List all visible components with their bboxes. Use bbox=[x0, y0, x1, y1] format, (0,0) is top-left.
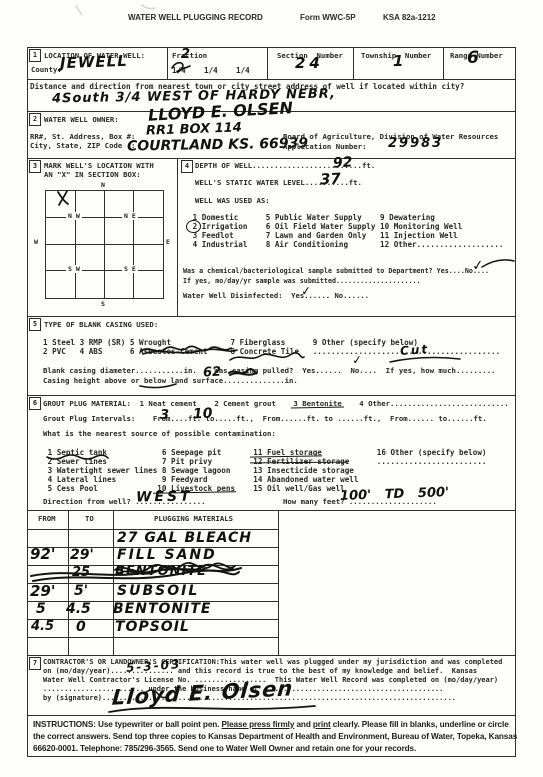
grout-intervals-line: Grout Plug Intervals: From....ft. to....… bbox=[43, 415, 487, 422]
application-number-handwriting: 29983 bbox=[388, 137, 443, 150]
form-border-right bbox=[515, 47, 516, 757]
contamination-row3: 3 Watertight sewer lines 8 Sewage lagoon… bbox=[43, 467, 354, 475]
table-row-to: 0 bbox=[76, 620, 86, 634]
table-row-to: 5' bbox=[74, 584, 88, 598]
cut-note-swoosh bbox=[388, 354, 463, 366]
rule-s34-bottom bbox=[27, 316, 516, 317]
grid-label-ne: N E bbox=[122, 212, 138, 220]
direction-handwriting: WEST bbox=[136, 490, 193, 505]
print-underlined: print bbox=[313, 720, 331, 729]
s1-divider-4 bbox=[443, 47, 444, 79]
used-as-row2: 2 Irrigation 6 Oil Field Water Supply 10… bbox=[188, 223, 462, 231]
grid-label-sw: S W bbox=[66, 265, 82, 273]
concrete-tile-squiggle bbox=[228, 350, 306, 364]
form-border-bottom bbox=[27, 756, 516, 757]
below-underline-mark bbox=[138, 380, 178, 390]
address-label: RR#, St. Address, Box #: bbox=[30, 133, 135, 140]
range-number-handwriting: 6 bbox=[467, 50, 479, 67]
contamination-row4: 4 Lateral lines 9 Feedyard 14 Abandoned … bbox=[43, 476, 358, 484]
asbestos-option-scribble bbox=[139, 342, 239, 358]
sample-check-tail bbox=[480, 254, 518, 270]
township-number-handwriting: 1 bbox=[393, 54, 403, 69]
section-6-number: 6 bbox=[29, 397, 41, 410]
interval-to-handwriting: 10 bbox=[193, 406, 213, 421]
section-2-number: 2 bbox=[29, 113, 41, 126]
section-4-number: 4 bbox=[181, 160, 193, 173]
table-row-from: 5 bbox=[36, 602, 46, 616]
grid-label-nw: N W bbox=[66, 212, 82, 220]
form-number: Form WWC-5P bbox=[300, 13, 356, 22]
completion-date-handwriting: 5-3-03 bbox=[126, 658, 182, 674]
rule-s6-bottom bbox=[27, 510, 516, 511]
used-as-row4: 4 Industrial 8 Air Conditioning 12 Other… bbox=[188, 241, 503, 249]
septic-tank-underline bbox=[45, 453, 111, 463]
s5-title: TYPE OF BLANK CASING USED: bbox=[44, 321, 158, 328]
static-level-handwriting: 37 bbox=[320, 171, 342, 187]
rule-s2-bottom bbox=[27, 158, 516, 159]
form-title: WATER WELL PLUGGING RECORD bbox=[128, 13, 263, 22]
grout-material-line: GROUT PLUG MATERIAL: 1 Neat cement 2 Cem… bbox=[43, 400, 509, 407]
sample-submitted-line: Was a chemical/bacteriological sample su… bbox=[183, 268, 489, 275]
section-3-number: 3 bbox=[29, 160, 41, 173]
table-header-to: TO bbox=[85, 515, 94, 522]
grid-label-w: W bbox=[32, 238, 40, 246]
grid-label-e: E bbox=[164, 238, 172, 246]
instructions-line1: INSTRUCTIONS: Use typewriter or ball poi… bbox=[33, 720, 509, 729]
certification-line1: CONTRACTOR'S OR LANDOWNER'S CERTIFICATIO… bbox=[43, 659, 502, 666]
s3-s4-divider bbox=[177, 158, 178, 316]
county-value-handwriting: JEWELL bbox=[60, 54, 128, 71]
statute-number: KSA 82a-1212 bbox=[383, 13, 436, 22]
table-row-material: TOPSOIL bbox=[115, 620, 190, 634]
casing-diameter-line: Blank casing diameter...........in. Was … bbox=[43, 367, 496, 374]
application-number-label: Application Number: bbox=[283, 143, 366, 150]
city-state-zip-label: City, State, ZIP Code : bbox=[30, 142, 135, 149]
table-row-material: BENTONITE bbox=[113, 602, 211, 616]
rule-s5-bottom bbox=[27, 395, 516, 396]
used-as-title: WELL WAS USED AS: bbox=[195, 197, 270, 204]
contamination-title: What is the nearest source of possible c… bbox=[43, 430, 276, 437]
fraction-scribble bbox=[168, 58, 194, 74]
table-header-materials: PLUGGING MATERIALS bbox=[154, 515, 233, 522]
casing-pulled-no-checkmark: ✓ bbox=[351, 354, 362, 367]
casing-height-scribble bbox=[227, 366, 259, 378]
table-row-from: 4.5 bbox=[31, 620, 54, 633]
instructions-line2: the correct answers. Send top three copi… bbox=[33, 732, 517, 741]
grid-label-se: S E bbox=[122, 265, 138, 273]
table-row-material: SUBSOIL bbox=[117, 584, 199, 598]
table-row-line-7 bbox=[27, 637, 278, 638]
table-header-from: FROM bbox=[38, 515, 56, 522]
used-as-row1: 1 Domestic 5 Public Water Supply 9 Dewat… bbox=[188, 214, 435, 222]
section-7-number: 7 bbox=[29, 657, 41, 670]
feet-handwriting: 100' TD 500' bbox=[340, 486, 449, 503]
instructions-line3: 66620-0001. Telephone: 785/296-3565. Sen… bbox=[33, 744, 416, 753]
depth-value-handwriting: 92 bbox=[333, 155, 353, 170]
section-1-number: 1 bbox=[29, 49, 41, 62]
well-location-x-mark bbox=[55, 189, 71, 207]
water-well-plugging-record-form: WATER WELL PLUGGING RECORD Form WWC-5P K… bbox=[0, 0, 543, 777]
s1-divider-3 bbox=[353, 47, 354, 79]
table-row-to: 4.5 bbox=[66, 602, 91, 616]
disinfected-yes-checkmark: ✓ bbox=[300, 285, 311, 298]
s3-title-line1: MARK WELL'S LOCATION WITH bbox=[44, 162, 154, 169]
s3-title-line2: AN "X" IN SECTION BOX: bbox=[44, 171, 141, 178]
s1-divider-2 bbox=[267, 47, 268, 79]
grid-label-n: N bbox=[99, 181, 107, 189]
interval-from-handwriting: 3 bbox=[160, 409, 169, 422]
signature-flourish bbox=[105, 700, 320, 716]
rule-table-bottom bbox=[27, 655, 516, 656]
certification-line2: on (mo/day/year)............... and this… bbox=[43, 668, 477, 675]
press-firmly-underlined: Please press firmly bbox=[222, 720, 295, 729]
grid-label-s: S bbox=[99, 300, 107, 308]
bentonite-underline bbox=[291, 407, 344, 409]
s2-title: WATER WELL OWNER: bbox=[44, 116, 119, 123]
table-row-material: 27 GAL BLEACH bbox=[117, 531, 252, 545]
used-as-row3: 3 Feedlot 7 Lawn and Garden Only 11 Inje… bbox=[188, 232, 458, 240]
table-right-border bbox=[278, 510, 279, 655]
address-handwriting: RR1 BOX 114 bbox=[146, 121, 242, 137]
section-5-number: 5 bbox=[29, 318, 41, 331]
disinfected-line: Water Well Disinfected: Yes...... No....… bbox=[183, 292, 369, 299]
city-state-zip-handwriting: COURTLAND KS. 66939 bbox=[127, 136, 308, 153]
rule-s1-bottom bbox=[27, 79, 516, 80]
table-row-from: 29' bbox=[30, 584, 55, 599]
county-label: County: bbox=[31, 66, 62, 73]
section-number-handwriting: 24 bbox=[295, 56, 324, 71]
casing-height-handwriting: 62 bbox=[203, 366, 222, 380]
